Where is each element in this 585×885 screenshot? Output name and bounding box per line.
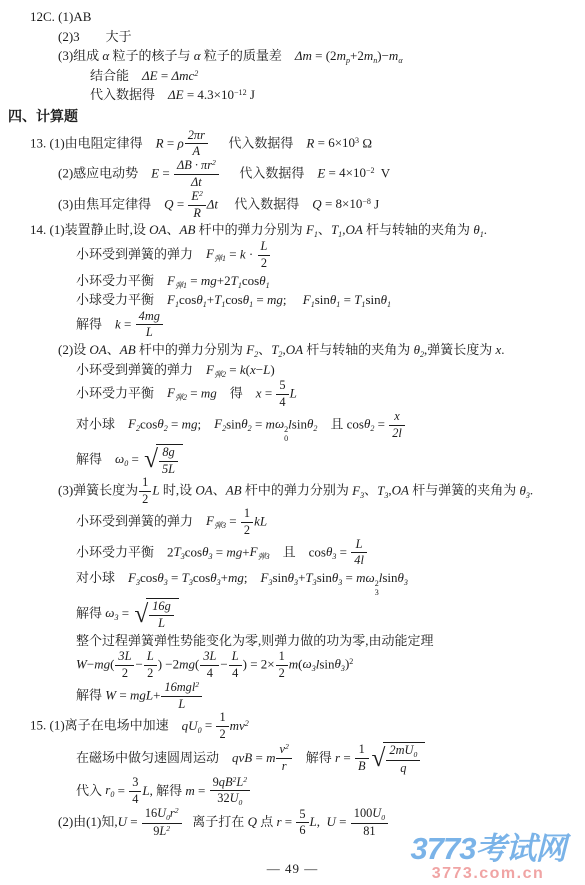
text: ΔE xyxy=(142,68,158,83)
fraction: 2πrA xyxy=(185,129,208,160)
text: F xyxy=(128,416,136,431)
text-run: OA xyxy=(286,342,303,357)
text-run: . xyxy=(484,222,487,237)
text-run: 3 xyxy=(132,775,138,789)
numerator: 4mg xyxy=(136,310,163,326)
text-run: θ2 xyxy=(241,416,251,431)
text-run: = xyxy=(336,544,350,559)
text: 6 xyxy=(299,823,305,837)
text-run: T3 xyxy=(182,570,193,585)
text: 、 xyxy=(213,483,226,498)
text-run: J xyxy=(247,87,255,102)
text-run: T1 xyxy=(214,292,225,307)
text: 粒子的质量差 xyxy=(201,48,295,63)
text: mv xyxy=(230,718,245,733)
text: = xyxy=(168,570,182,585)
text-run: 小环受到弹簧的弹力 xyxy=(76,362,206,377)
denominator: 2 xyxy=(144,666,157,681)
text-run: L xyxy=(261,239,268,253)
watermark-site-name: 3773考试网 xyxy=(393,833,583,866)
text-run: 4 xyxy=(279,395,285,409)
text: ,弹簧长度为 xyxy=(424,342,496,357)
text-run: ,弹簧长度为 xyxy=(424,342,496,357)
text: OA xyxy=(89,342,106,357)
text: mg xyxy=(182,416,198,431)
text-run: = xyxy=(252,750,266,765)
text-run: cos xyxy=(193,570,210,585)
text: T xyxy=(305,570,312,585)
text-run: 杆中的弹力分别为 xyxy=(242,483,353,498)
text-run: E xyxy=(151,165,159,180)
text-run: = xyxy=(195,782,209,797)
text-run: ( xyxy=(110,656,114,671)
text-run: T1 xyxy=(331,222,342,237)
text-run: θ1 xyxy=(259,273,269,288)
text-run: = xyxy=(114,782,128,797)
text: m xyxy=(266,416,275,431)
doc-line: 小环受到弹簧的弹力 F弹1 = k · L2 xyxy=(0,240,585,271)
text-run: 14. (1)装置静止时,设 xyxy=(30,222,149,237)
text-run: ) −2 xyxy=(158,656,179,671)
denominator: 4 xyxy=(129,792,141,807)
subscript: 0 xyxy=(413,750,417,759)
text: 1 xyxy=(219,710,225,724)
text-run: mα xyxy=(389,48,403,63)
text-run: sin xyxy=(272,570,287,585)
superscript: 2 xyxy=(212,158,216,167)
text-run: 4l xyxy=(354,553,364,567)
text: (2)由(1)知, xyxy=(58,814,118,829)
text-run: 2 xyxy=(261,256,267,270)
text: Ω xyxy=(359,135,372,150)
text: U xyxy=(372,806,381,820)
text: ; xyxy=(283,292,303,307)
text-run: ( xyxy=(195,656,199,671)
text: 杆中的弹力分别为 xyxy=(195,222,306,237)
text-run: 代入数据得 xyxy=(90,87,168,102)
numerator: 5 xyxy=(276,379,288,395)
text-run: 杆与弹簧的夹角为 xyxy=(409,483,520,498)
text-run: = 4.3×10−12 xyxy=(184,87,247,102)
numerator: 100U0 xyxy=(351,807,388,824)
text: = xyxy=(342,570,356,585)
text: = xyxy=(202,718,216,733)
text-run: mgL xyxy=(130,687,153,702)
text: 3 xyxy=(132,775,138,789)
text-run: (2)3 大于 xyxy=(58,29,132,44)
fraction: 12 xyxy=(276,650,288,681)
text-run: 2mU0 xyxy=(389,743,417,757)
text-run: − xyxy=(135,656,142,671)
text: F xyxy=(246,342,254,357)
fraction: 16mgl2L xyxy=(161,681,202,712)
text: 2 xyxy=(261,256,267,270)
text: (3)组成 xyxy=(58,48,102,63)
text-run: + xyxy=(242,544,249,559)
text-run: 16g xyxy=(152,599,171,613)
text-run: sin xyxy=(319,656,334,671)
text: 3L xyxy=(203,649,216,663)
text: − xyxy=(135,656,142,671)
text-run: (3)组成 xyxy=(58,48,102,63)
text: 1 xyxy=(244,506,250,520)
text: B xyxy=(358,759,366,773)
doc-line: (2)3 大于 xyxy=(0,27,585,47)
text-run: mv2 xyxy=(230,718,249,733)
superscript: 2 xyxy=(285,743,289,752)
denominator: 32U0 xyxy=(210,791,250,807)
text-run: L2 xyxy=(236,775,247,789)
text-run: 8g xyxy=(162,445,174,459)
text: sin xyxy=(292,416,307,431)
text: 小环受到弹簧的弹力 xyxy=(76,513,206,528)
text-run: θ2 xyxy=(364,416,374,431)
text: OA xyxy=(149,222,166,237)
text: 2 xyxy=(147,666,153,680)
text-run: θ2 xyxy=(307,416,317,431)
text: R xyxy=(156,135,164,150)
text-run: OA xyxy=(392,483,409,498)
subscript: 1 xyxy=(266,281,270,290)
text: L xyxy=(290,385,297,400)
text: 小环受到弹簧的弹力 xyxy=(76,246,206,261)
text-run: 小环受力平衡 xyxy=(76,385,167,400)
text-run: θ3 xyxy=(519,483,529,498)
text-run: mg xyxy=(201,385,217,400)
text-run: 12C. (1)AB xyxy=(30,9,91,24)
text-run: cos xyxy=(225,292,242,307)
text-run: F1 xyxy=(167,292,179,307)
text-run: m xyxy=(266,416,275,431)
text-run: AB xyxy=(120,342,136,357)
text: sin xyxy=(382,570,397,585)
text-run: L xyxy=(310,814,317,829)
text-run: θ1 xyxy=(243,292,253,307)
fraction: 9qB2L232U0 xyxy=(210,776,250,808)
doc-line: 15. (1)离子在电场中加速 qU0 = 12mv2 xyxy=(0,711,585,742)
superscript: 2 xyxy=(349,657,353,666)
text-run: 1 xyxy=(244,506,250,520)
text-run: A xyxy=(193,144,201,158)
doc-line: 解得 W = mgL+16mgl2L xyxy=(0,681,585,712)
text-run: = xyxy=(226,246,240,261)
text: ΔE xyxy=(168,87,184,102)
text-run: 1 xyxy=(359,742,365,756)
text-run: 小球受力平衡 xyxy=(76,292,167,307)
text-run: cos xyxy=(140,570,157,585)
fraction: 12 xyxy=(216,711,228,742)
fraction: 1B xyxy=(355,743,369,774)
text-run: mg xyxy=(182,416,198,431)
square-root: √8g5L xyxy=(144,444,183,477)
square-root: √2mU0q xyxy=(372,742,426,776)
text-run: F2 xyxy=(214,416,226,431)
text: = 8×10 xyxy=(322,196,363,211)
fraction: 8g5L xyxy=(159,446,178,477)
text-run: θ1 xyxy=(330,292,340,307)
text: L xyxy=(142,782,149,797)
denominator: q xyxy=(386,761,420,776)
text-run: ; xyxy=(244,570,261,585)
text: m xyxy=(289,656,298,671)
text: mg xyxy=(267,292,283,307)
doc-line: 代入 r0 = 34L, 解得 m = 9qB2L232U0 xyxy=(0,776,585,808)
text-run: q xyxy=(400,761,406,775)
numerator: 1 xyxy=(216,711,228,727)
text: cos xyxy=(185,544,202,559)
text: 4l xyxy=(354,553,364,567)
text-run: L xyxy=(147,649,154,663)
text-run: 得 xyxy=(217,385,256,400)
text-run: L xyxy=(356,537,363,551)
numerator: 1 xyxy=(276,650,288,666)
text-run: ) = 2× xyxy=(243,656,275,671)
text: 代入数据得 xyxy=(218,196,312,211)
text-run: F3 xyxy=(128,570,140,585)
superscript: −12 xyxy=(234,88,247,97)
text-run: F弹2 xyxy=(206,362,226,377)
denominator: L xyxy=(149,616,174,631)
denominator: r xyxy=(276,759,291,774)
text: m xyxy=(185,782,194,797)
text-run: = xyxy=(226,513,240,528)
text-run: U0 xyxy=(157,806,170,820)
text: = xyxy=(159,165,173,180)
text-run: U xyxy=(327,814,336,829)
denominator: 2 xyxy=(276,666,288,681)
text: ω xyxy=(275,416,284,431)
text-run: = xyxy=(374,416,388,431)
doc-line: (3)弹簧长度为12L 时,设 OA、AB 杆中的弹力分别为 F3、T3,OA … xyxy=(0,476,585,507)
text-run: 时,设 xyxy=(160,483,196,498)
text-run: 代入数据得 xyxy=(218,196,312,211)
text-run: 离子打在 xyxy=(183,814,248,829)
text-run: = xyxy=(187,273,201,288)
text-run: θ3 xyxy=(157,570,167,585)
text: = xyxy=(374,416,388,431)
denominator: 4 xyxy=(229,666,242,681)
text-run: Δt xyxy=(207,196,218,211)
text-run: 结合能 xyxy=(90,68,142,83)
text: m xyxy=(266,750,275,765)
doc-line: 代入数据得 ΔE = 4.3×10−12 J xyxy=(0,85,585,105)
text: 13. (1)由电阻定律得 xyxy=(30,135,156,150)
text-run: sin xyxy=(317,570,332,585)
text: . xyxy=(530,483,533,498)
text-run: F1 xyxy=(306,222,318,237)
text-run: 100 xyxy=(354,806,373,820)
text-run: = 6×103 xyxy=(314,135,359,150)
text-run: T1 xyxy=(231,273,242,288)
text-run: 5 xyxy=(299,807,305,821)
text-run: = xyxy=(118,605,132,620)
text: ω xyxy=(303,656,312,671)
text: ; xyxy=(244,570,261,585)
text-run: 2 xyxy=(279,666,285,680)
text-run: = xyxy=(164,135,178,150)
fraction: 4mgL xyxy=(136,310,163,341)
numerator: 9qB2L2 xyxy=(210,776,250,792)
text: Δt xyxy=(207,196,218,211)
doc-line: 小环受力平衡 2T3cosθ3 = mg+F弹3 且 cosθ3 = L4l xyxy=(0,538,585,569)
superscript: 2 xyxy=(194,68,198,77)
text: 对小球 xyxy=(76,570,128,585)
text: 32 xyxy=(217,791,229,805)
text-run: qvB xyxy=(232,750,252,765)
text: 四、计算题 xyxy=(8,110,78,125)
text-run: 杆中的弹力分别为 xyxy=(195,222,306,237)
text: 杆与弹簧的夹角为 xyxy=(409,483,520,498)
denominator: L xyxy=(136,325,163,340)
text: kL xyxy=(254,513,267,528)
text-run: 13. (1)由电阻定律得 xyxy=(30,135,156,150)
denominator: 4l xyxy=(351,553,367,568)
radicand: 2mU0q xyxy=(383,742,425,776)
text: Q xyxy=(248,814,257,829)
text-run: . xyxy=(530,483,533,498)
text: 得 xyxy=(217,385,256,400)
text: . xyxy=(484,222,487,237)
text-run: 对小球 xyxy=(76,570,128,585)
fraction: L4 xyxy=(229,650,242,681)
text-run: T1 xyxy=(354,292,365,307)
text-run: 四、计算题 xyxy=(8,110,78,125)
text-run: 解得 xyxy=(76,687,105,702)
text-run: 解得 xyxy=(293,750,335,765)
text-run: mg xyxy=(267,292,283,307)
text-run: 2 xyxy=(219,727,225,741)
text: 杆中的弹力分别为 xyxy=(242,483,353,498)
text-run: 3L xyxy=(118,649,131,663)
text-run: ; xyxy=(283,292,303,307)
text-run: 4 xyxy=(207,666,213,680)
text: Q xyxy=(312,196,321,211)
text: , xyxy=(317,814,327,829)
text-run: 2 xyxy=(244,523,250,537)
text: = xyxy=(336,544,350,559)
text-run: F弹3 xyxy=(250,544,270,559)
text-run: 2l xyxy=(392,426,402,440)
text-run: OA xyxy=(89,342,106,357)
text: A xyxy=(193,144,201,158)
text-run: AB xyxy=(226,483,242,498)
text-run: 在磁场中做匀速圆周运动 xyxy=(76,750,232,765)
text-run: 解得 xyxy=(76,451,115,466)
text: 结合能 xyxy=(90,68,142,83)
radicand: 16gL xyxy=(146,598,179,631)
denominator: 81 xyxy=(351,824,388,839)
text-run: 4mg xyxy=(139,309,160,323)
superscript: 2 xyxy=(195,680,199,689)
doc-line: (2)感应电动势 E = ΔB · πr2Δt 代入数据得 E = 4×10−2… xyxy=(0,159,585,190)
text: qvB xyxy=(232,750,252,765)
text: (3)由焦耳定律得 xyxy=(58,196,164,211)
text-run: ω3 xyxy=(105,605,118,620)
text: 时,设 xyxy=(160,483,196,498)
superscript: −2 xyxy=(366,166,375,175)
text: ρ xyxy=(177,135,183,150)
text-run: = xyxy=(116,687,130,702)
text-run: r0 xyxy=(105,782,114,797)
fraction: 12 xyxy=(241,507,253,538)
text: Δm xyxy=(295,48,312,63)
text: E xyxy=(151,165,159,180)
fraction: L2 xyxy=(258,240,271,271)
text-run: V xyxy=(375,165,391,180)
subscript: 弹2 xyxy=(175,394,187,403)
text: L xyxy=(356,537,363,551)
text-run: (2)感应电动势 xyxy=(58,165,151,180)
doc-line: 四、计算题 xyxy=(0,107,585,128)
text-run: +2 xyxy=(350,48,364,63)
text: E xyxy=(191,189,199,203)
text: 2l xyxy=(392,426,402,440)
denominator: 4 xyxy=(200,666,219,681)
text: q xyxy=(400,761,406,775)
text: F xyxy=(206,246,214,261)
text-run: 且 cos xyxy=(317,416,364,431)
doc-line: 小环受到弹簧的弹力 F弹3 = 12kL xyxy=(0,507,585,538)
superscript: 2 xyxy=(243,775,247,784)
text-run: = xyxy=(174,196,188,211)
text-run: 点 xyxy=(257,814,277,829)
text: F xyxy=(206,362,214,377)
text: L xyxy=(146,325,153,339)
text-run: F3 xyxy=(261,570,273,585)
text: sin xyxy=(272,570,287,585)
subscript: 3 xyxy=(375,589,379,598)
text: 小球受力平衡 xyxy=(76,292,167,307)
fraction: v2r xyxy=(276,743,291,774)
subscript: 弹3 xyxy=(214,522,226,531)
text: sin xyxy=(365,292,380,307)
text-run: θ2 xyxy=(157,416,167,431)
text-run: cos xyxy=(185,544,202,559)
text-run: , 解得 xyxy=(150,782,186,797)
numerator: E2 xyxy=(188,190,205,206)
text-run: 6 xyxy=(299,823,305,837)
text-run: L xyxy=(146,325,153,339)
text: (3)弹簧长度为 xyxy=(58,483,138,498)
text: qB xyxy=(219,775,233,789)
text: 2πr xyxy=(188,128,205,142)
text: J xyxy=(371,196,379,211)
numerator: v2 xyxy=(276,743,291,759)
text: mg xyxy=(228,570,244,585)
text-run: 粒子的核子与 xyxy=(109,48,194,63)
text: U xyxy=(118,814,127,829)
text: F xyxy=(167,273,175,288)
text: 5 xyxy=(279,378,285,392)
text: ) xyxy=(270,362,274,377)
text: 整个过程弹簧弹性势能变化为零,则弹力做的功为零,由动能定理 xyxy=(76,633,434,648)
text-run: ; xyxy=(198,416,215,431)
text: 2 xyxy=(279,666,285,680)
doc-line: 对小球 F3cosθ3 = T3cosθ3+mg; F3sinθ3+T3sinθ… xyxy=(0,568,585,598)
text-run: = xyxy=(168,570,182,585)
subscript: 弹2 xyxy=(214,370,226,379)
doc-line: (2)设 OA、AB 杆中的弹力分别为 F2、T2,OA 杆与转轴的夹角为 θ2… xyxy=(0,340,585,360)
text: OA xyxy=(392,483,409,498)
text-run: F3 xyxy=(352,483,364,498)
text: J xyxy=(247,87,255,102)
text: cos xyxy=(179,292,196,307)
text-run: 且 cos xyxy=(270,544,326,559)
text: + xyxy=(242,544,249,559)
fraction: 3L4 xyxy=(200,650,219,681)
text: . xyxy=(501,342,504,357)
text: +2 xyxy=(350,48,364,63)
